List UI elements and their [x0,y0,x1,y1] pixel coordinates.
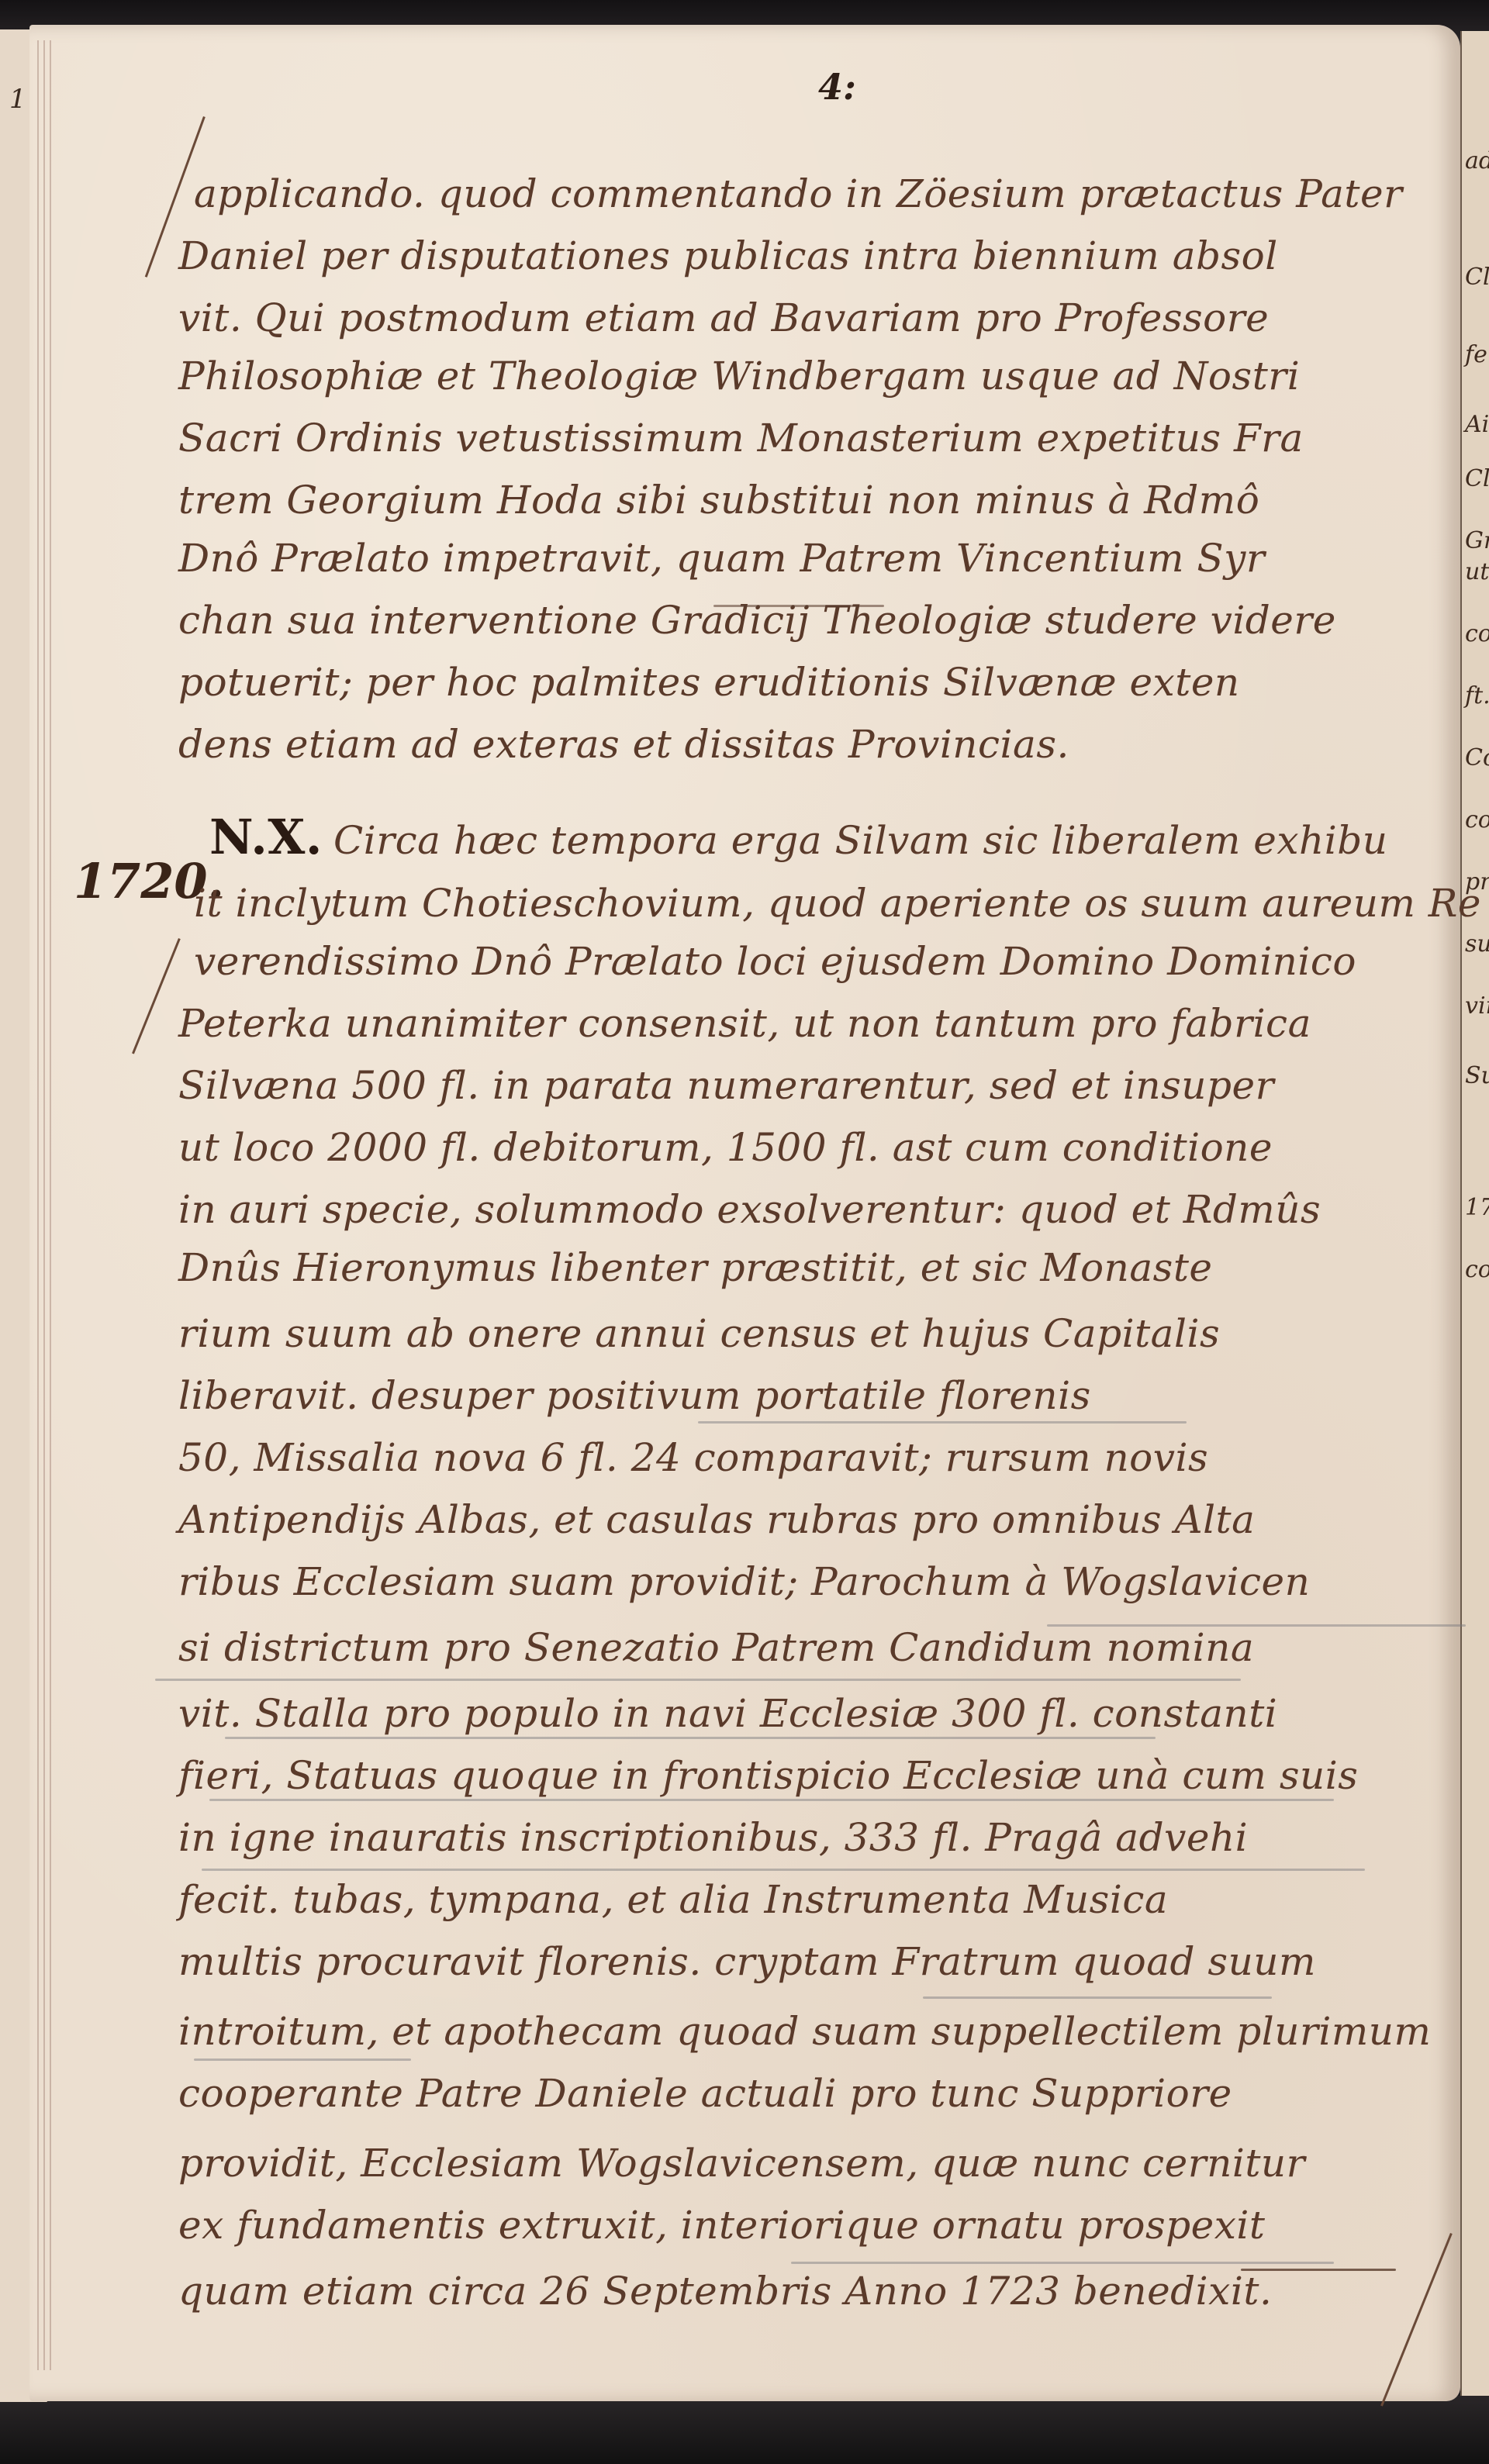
pencil-underline [209,1799,1334,1801]
manuscript-line: chan sua interventione Gradicij Theologi… [178,597,1450,644]
manuscript-line: ut loco 2000 fl. debitorum, 1500 fl. ast… [178,1124,1450,1171]
manuscript-line: Dnûs Hieronymus libenter præstitit, et s… [178,1244,1450,1291]
manuscript-line: potuerit; per hoc palmites eruditionis S… [178,659,1450,706]
manuscript-line: in igne inauratis inscriptionibus, 333 f… [178,1814,1450,1861]
section-mark: N.X. [209,809,323,865]
page-number: 4: [818,66,856,108]
manuscript-line: introitum, et apothecam quoad suam suppe… [178,2008,1450,2055]
manuscript-line: cooperante Patre Daniele actuali pro tun… [178,2070,1450,2117]
manuscript-line: ex fundamentis extruxit, interiorique or… [178,2202,1450,2248]
pencil-underline [791,2262,1334,2264]
manuscript-line: si districtum pro Senezatio Patrem Candi… [178,1624,1450,1671]
manuscript-line: Circa hæc tempora erga Silvam sic libera… [333,818,1387,863]
next-page-fragment: Cl [1465,264,1489,291]
next-page-edge: ad Cl fe Ai Cl Gr ut in cont ft.18, Cogn… [1460,31,1489,2396]
next-page-fragment: cont [1465,620,1489,647]
background-bottom [0,2396,1489,2464]
pencil-underline [923,1996,1272,1999]
section-heading-line: N.X.Circa hæc tempora erga Silvam sic li… [209,814,1481,864]
manuscript-line: verendissimo Dnô Prælato loci ejusdem Do… [194,938,1466,985]
manuscript-line: Dnô Prælato impetravit, quam Patrem Vinc… [178,535,1450,581]
margin-rule [50,40,51,2370]
pencil-underline [698,1421,1187,1424]
pencil-underline [202,1869,1365,1871]
pencil-underline [225,1737,1156,1739]
manuscript-line: applicando. quod commentando in Zöesium … [194,171,1466,217]
pencil-underline [1047,1624,1466,1627]
manuscript-line: Silvæna 500 fl. in parata numerarentur, … [178,1062,1450,1109]
next-page-fragment: Gr [1465,527,1489,554]
next-page-fragment: cons [1465,1256,1489,1283]
manuscript-line: trem Georgium Hoda sibi substitui non mi… [178,477,1450,523]
manuscript-line: ribus Ecclesiam suam providit; Parochum … [178,1558,1450,1605]
margin-rule [43,40,45,2370]
pencil-underline [194,2059,411,2061]
manuscript-line: multis procuravit florenis. cryptam Frat… [178,1938,1450,1985]
manuscript-line: 50, Missalia nova 6 fl. 24 comparavit; r… [178,1434,1450,1481]
ink-underline [1241,2269,1396,2271]
manuscript-line: liberavit. desuper positivum portatile f… [178,1372,1450,1419]
manuscript-line: vit. Qui postmodum etiam ad Bavariam pro… [178,295,1450,341]
manuscript-line: Sacri Ordinis vetustissimum Monasterium … [178,415,1450,461]
manuscript-line: rium suum ab onere annui census et hujus… [178,1310,1450,1357]
manuscript-line: Peterka unanimiter consensit, ut non tan… [178,1000,1450,1047]
manuscript-line: quam etiam circa 26 Septembris Anno 1723… [178,2268,1450,2314]
next-page-fragment: 1720 [1465,1194,1489,1221]
manuscript-line: providit, Ecclesiam Wogslavicensem, quæ … [178,2140,1450,2186]
next-page-fragment: Cl [1465,465,1489,492]
manuscript-line: fecit. tubas, tympana, et alia Instrumen… [178,1876,1450,1923]
next-page-fragment: ft.18, [1465,682,1489,709]
next-page-fragment: ut in [1465,558,1489,585]
manuscript-line: vit. Stalla pro populo in navi Ecclesiæ … [178,1690,1450,1737]
margin-rule [37,40,39,2370]
manuscript-line: dens etiam ad exteras et dissitas Provin… [178,721,1450,768]
pencil-underline [155,1679,1241,1681]
manuscript-line: Philosophiæ et Theologiæ Windbergam usqu… [178,353,1450,399]
next-page-fragment: viribu [1465,992,1489,1020]
previous-page-mark: 1 [9,84,26,115]
manuscript-line: fieri, Statuas quoque in frontispicio Ec… [178,1752,1450,1799]
next-page-fragment: succ [1465,930,1489,958]
next-page-fragment: Ai [1465,411,1489,438]
next-page-fragment: Cogni [1465,744,1489,771]
next-page-fragment: Sua [1465,1062,1489,1089]
manuscript-line: Daniel per disputationes publicas intra … [178,233,1450,279]
next-page-fragment: fe [1465,341,1487,368]
next-page-fragment: ad [1465,147,1489,174]
manuscript-line: it inclytum Chotieschovium, quod aperien… [194,880,1466,927]
manuscript-line: in auri specie, solummodo exsolverentur:… [178,1186,1450,1233]
ink-underline [713,605,884,607]
manuscript-line: Antipendijs Albas, et casulas rubras pro… [178,1496,1450,1543]
